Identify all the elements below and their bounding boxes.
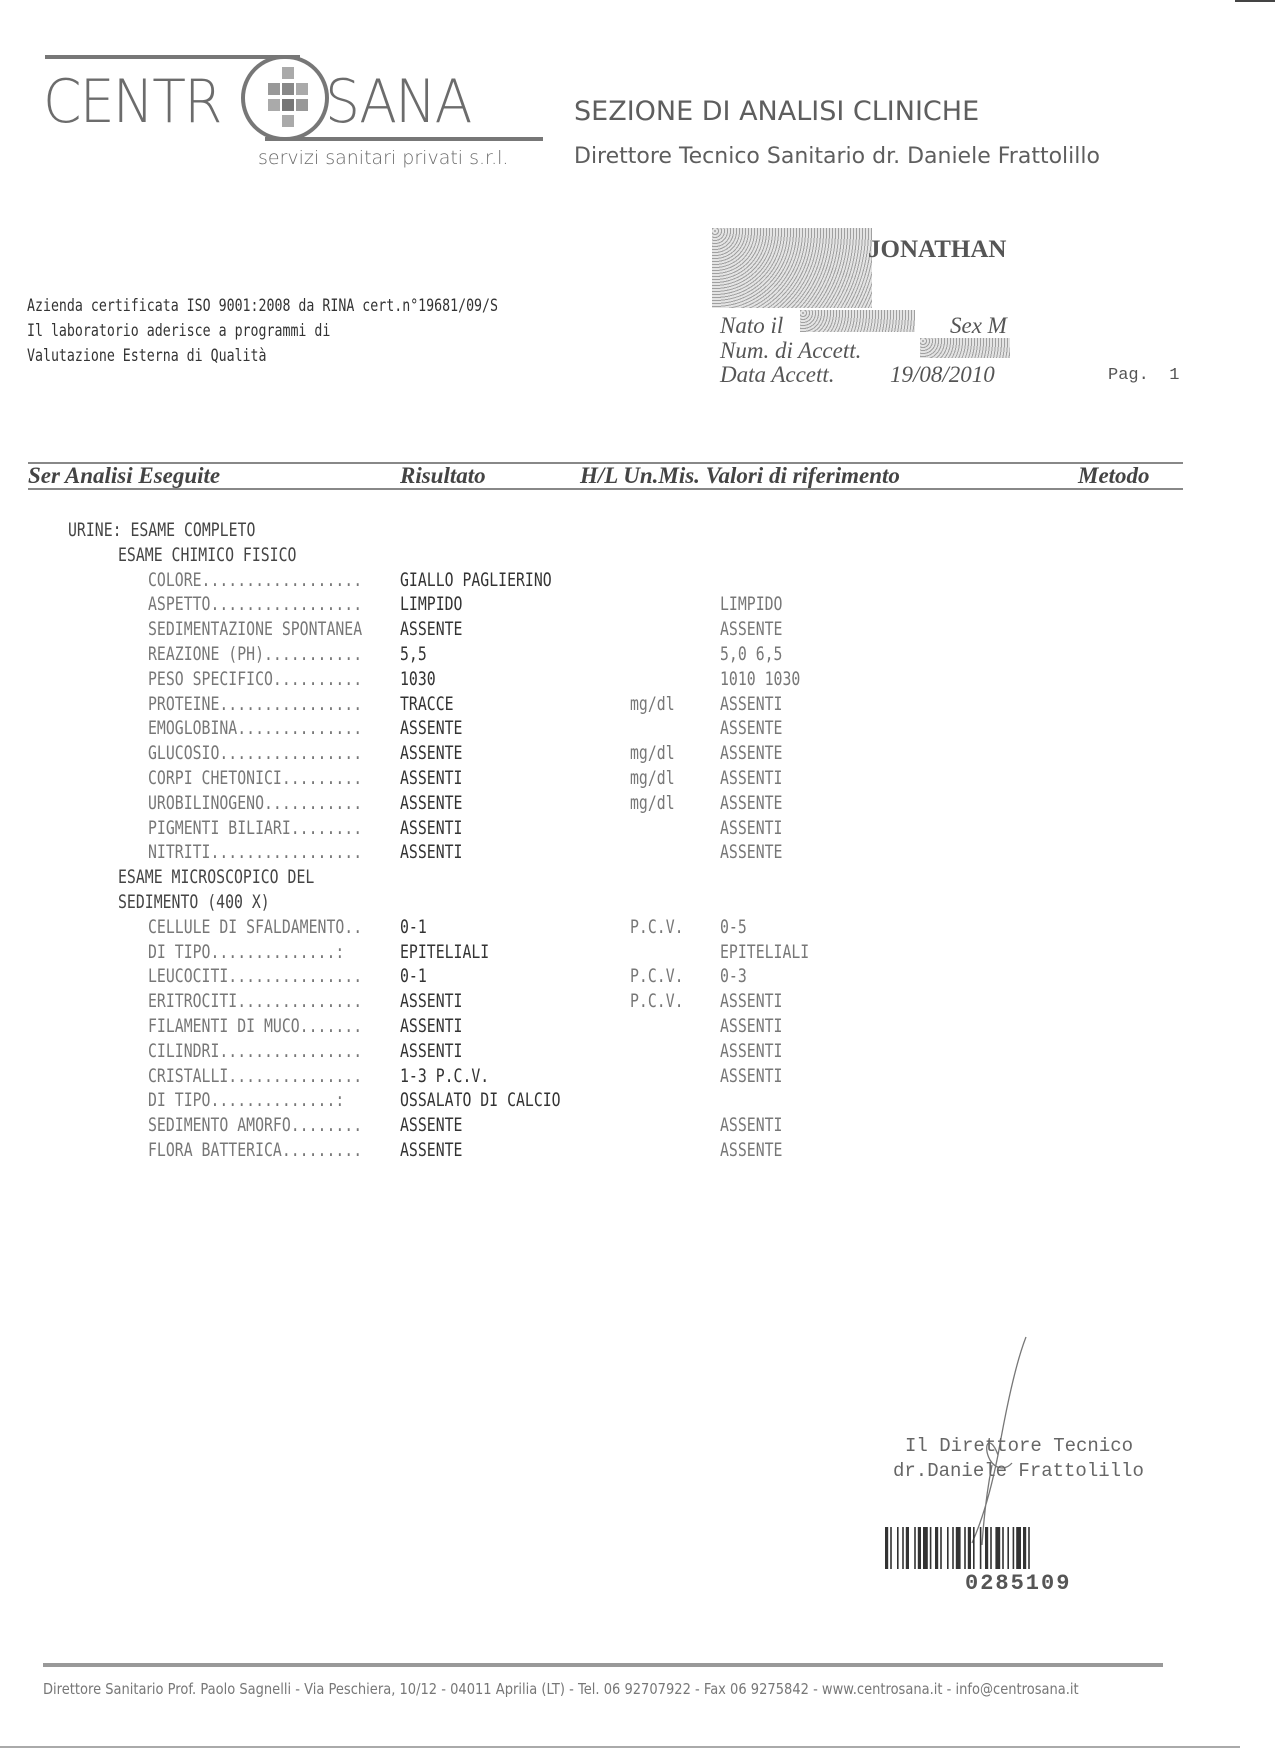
test-reference-range: ASSENTE [720,791,782,815]
section-heading: URINE: ESAME COMPLETO [68,518,255,542]
test-name: SEDIMENTAZIONE SPONTANEA [148,617,362,641]
logo-bar [265,137,543,141]
test-result: 0-1 [400,915,427,939]
test-name: CILINDRI................ [148,1039,362,1063]
scan-edge [0,1746,1240,1748]
test-name: SEDIMENTO AMORFO........ [148,1113,362,1137]
test-name: REAZIONE (PH)........... [148,642,362,666]
test-result: 1-3 P.C.V. [400,1064,489,1088]
test-result: ASSENTE [400,741,462,765]
test-reference-range: EPITELIALI [720,940,809,964]
col-header-method: Metodo [1078,463,1150,489]
test-result: TRACCE [400,692,454,716]
test-reference-range: ASSENTE [720,741,782,765]
test-name: PIGMENTI BILIARI........ [148,816,362,840]
test-result: ASSENTE [400,716,462,740]
born-label: Nato il [720,313,783,339]
header-rule [28,488,1183,490]
section-heading: SEDIMENTO (400 X) [118,890,270,914]
test-unit: P.C.V. [630,964,684,988]
test-result: LIMPIDO [400,592,462,616]
test-reference-range: ASSENTE [720,716,782,740]
test-result: 5,5 [400,642,427,666]
test-name: DI TIPO..............: [148,1088,344,1112]
test-result: ASSENTI [400,989,462,1013]
test-name: COLORE.................. [148,568,362,592]
logo-word-centr: CENTR [43,67,221,137]
redacted-birthdate [800,310,915,332]
signoff-title: Il Direttore Tecnico [905,1435,1133,1457]
test-result: 1030 [400,667,436,691]
test-result: ASSENTI [400,766,462,790]
certification-line: Azienda certificata ISO 9001:2008 da RIN… [27,296,498,316]
test-result: EPITELIALI [400,940,489,964]
test-result: GIALLO PAGLIERINO [400,568,552,592]
test-reference-range: ASSENTI [720,1064,782,1088]
section-heading: ESAME CHIMICO FISICO [118,543,296,567]
test-unit: mg/dl [630,791,675,815]
accession-date: 19/08/2010 [890,362,995,388]
patient-name: JONATHAN [868,236,1006,264]
signoff-name: dr.Daniele Frattolillo [893,1460,1144,1482]
section-heading: ESAME MICROSCOPICO DEL [118,865,314,889]
certification-line: Il laboratorio aderisce a programmi di [27,321,330,341]
page-number: Pag. 1 [1108,366,1179,385]
accession-number-label: Num. di Accett. [720,338,861,364]
test-result: ASSENTI [400,816,462,840]
test-name: CELLULE DI SFALDAMENTO.. [148,915,362,939]
test-name: FLORA BATTERICA......... [148,1138,362,1162]
logo-tagline: servizi sanitari privati s.r.l. [258,147,508,169]
test-name: LEUCOCITI............... [148,964,362,988]
col-header-service: Ser Analisi Eseguite [28,463,220,489]
scan-edge [1235,0,1275,2]
test-result: ASSENTI [400,840,462,864]
test-reference-range: ASSENTI [720,989,782,1013]
col-header-result: Risultato [400,463,486,489]
test-name: PESO SPECIFICO.......... [148,667,362,691]
medical-cross-icon [260,67,316,131]
test-reference-range: LIMPIDO [720,592,782,616]
test-result: ASSENTE [400,1113,462,1137]
test-unit: mg/dl [630,766,675,790]
test-reference-range: ASSENTI [720,816,782,840]
test-result: 0-1 [400,964,427,988]
test-reference-range: ASSENTI [720,1014,782,1038]
test-result: ASSENTI [400,1014,462,1038]
test-name: CORPI CHETONICI......... [148,766,362,790]
test-unit: P.C.V. [630,915,684,939]
footer-rule [43,1663,1163,1667]
test-name: CRISTALLI............... [148,1064,362,1088]
test-reference-range: ASSENTI [720,1113,782,1137]
redacted-accession-number [920,338,1010,358]
logo-bar [45,55,300,59]
test-reference-range: ASSENTI [720,1039,782,1063]
director-line: Direttore Tecnico Sanitario dr. Daniele … [574,144,1100,169]
test-name: UROBILINOGENO........... [148,791,362,815]
centrosana-logo: CENTR SANA servizi sanitari privati s.r.… [43,55,503,175]
section-title: SEZIONE DI ANALISI CLINICHE [574,96,979,127]
sex-label: Sex M [950,313,1007,339]
barcode-number: 0285109 [965,1571,1071,1596]
test-reference-range: ASSENTI [720,766,782,790]
test-name: ASPETTO................. [148,592,362,616]
test-reference-range: ASSENTE [720,840,782,864]
test-reference-range: 0-5 [720,915,747,939]
test-result: ASSENTI [400,1039,462,1063]
test-name: PROTEINE................ [148,692,362,716]
test-reference-range: 0-3 [720,964,747,988]
test-reference-range: 1010 1030 [720,667,800,691]
redacted-surname [712,228,872,308]
test-name: FILAMENTI DI MUCO....... [148,1014,362,1038]
test-result: ASSENTE [400,1138,462,1162]
accession-date-label: Data Accett. [720,362,835,388]
test-reference-range: ASSENTE [720,617,782,641]
logo-word-sana: SANA [325,67,471,137]
barcode-icon [885,1527,1140,1569]
test-reference-range: 5,0 6,5 [720,642,782,666]
test-unit: mg/dl [630,692,675,716]
test-name: GLUCOSIO................ [148,741,362,765]
test-result: ASSENTE [400,617,462,641]
certification-line: Valutazione Esterna di Qualità [27,346,266,366]
footer-contact: Direttore Sanitario Prof. Paolo Sagnelli… [43,1680,1079,1698]
test-result: OSSALATO DI CALCIO [400,1088,561,1112]
test-reference-range: ASSENTE [720,1138,782,1162]
col-header-hl-unit-ref: H/L Un.Mis. Valori di riferimento [580,463,900,489]
test-result: ASSENTE [400,791,462,815]
test-reference-range: ASSENTI [720,692,782,716]
test-unit: mg/dl [630,741,675,765]
test-name: EMOGLOBINA.............. [148,716,362,740]
test-name: ERITROCITI.............. [148,989,362,1013]
test-unit: P.C.V. [630,989,684,1013]
test-name: NITRITI................. [148,840,362,864]
test-name: DI TIPO..............: [148,940,344,964]
